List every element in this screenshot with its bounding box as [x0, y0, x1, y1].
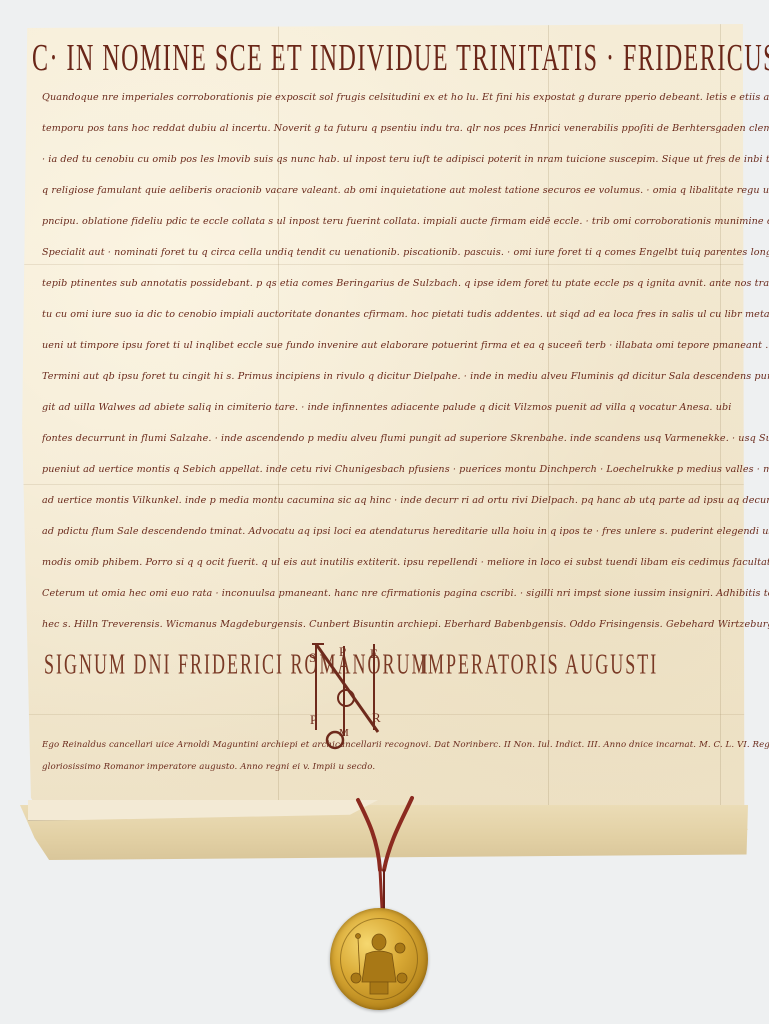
- text-line: · ia ded tu cenobiu cu omib pos les lmov…: [42, 154, 769, 165]
- invocation-title: C· IN NOMINE SCE ET INDIVIDUE TRINITATIS…: [32, 38, 769, 81]
- text-line: temporu pos tans hoc reddat dubiu al inc…: [42, 123, 769, 134]
- recognition-line: Ego Reinaldus cancellari uice Arnoldi Ma…: [42, 740, 769, 750]
- signum-line-right: IMPERATORIS AUGUSTI: [420, 648, 658, 682]
- text-line: tu cu omi iure suo ia dic to cenobio imp…: [42, 309, 769, 320]
- text-line: Specialit aut · nominati foret tu q circ…: [42, 247, 769, 258]
- text-line: ad uertice montis Vilkunkel. inde p medi…: [42, 495, 769, 506]
- text-line: Quandoque nre imperiales corroborationis…: [42, 92, 769, 103]
- text-line: tepib ptinentes sub annotatis possideban…: [42, 278, 769, 289]
- text-line: pncipu. oblatione fideliu pdic te eccle …: [42, 216, 769, 227]
- text-line: Ceterum ut omia hec omi euo rata · incon…: [42, 588, 769, 599]
- text-line: fontes decurrunt in flumi Salzahe. · ind…: [42, 433, 769, 444]
- fold-line: [20, 484, 748, 485]
- text-line: ueni ut timpore ipsu foret ti ul inqlibe…: [42, 340, 768, 351]
- svg-text:P: P: [339, 644, 346, 659]
- text-line: hec s. Hilln Treverensis. Wicmanus Magde…: [42, 619, 769, 630]
- seal-cord: [350, 790, 420, 910]
- fold-line: [720, 24, 721, 830]
- fold-line: [20, 264, 748, 265]
- text-line: Termini aut qb ipsu foret tu cingit hi s…: [42, 371, 769, 382]
- fold-line: [548, 24, 549, 830]
- fold-line: [278, 24, 279, 830]
- text-line: git ad uilla Walwes ad abiete saliq in c…: [42, 402, 731, 413]
- svg-text:R: R: [372, 710, 381, 725]
- enthroned-emperor-icon: [330, 908, 428, 1010]
- imperial-monogram: S P E P R M: [308, 640, 388, 752]
- svg-text:E: E: [370, 646, 378, 661]
- svg-text:M: M: [339, 727, 349, 739]
- svg-text:P: P: [310, 712, 317, 727]
- text-line: ad pdictu flum Sale descendendo tminat. …: [42, 526, 769, 537]
- gold-seal: [330, 908, 428, 1010]
- recognition-line: gloriosissimo Romanor imperatore augusto…: [42, 762, 375, 772]
- text-line: q religiose famulant quie aeliberis orac…: [42, 185, 769, 196]
- text-line: pueniut ad uertice montis q Sebich appel…: [42, 464, 769, 475]
- text-line: modis omib phibem. Porro si q q ocit fue…: [42, 557, 769, 568]
- svg-text:S: S: [309, 650, 316, 665]
